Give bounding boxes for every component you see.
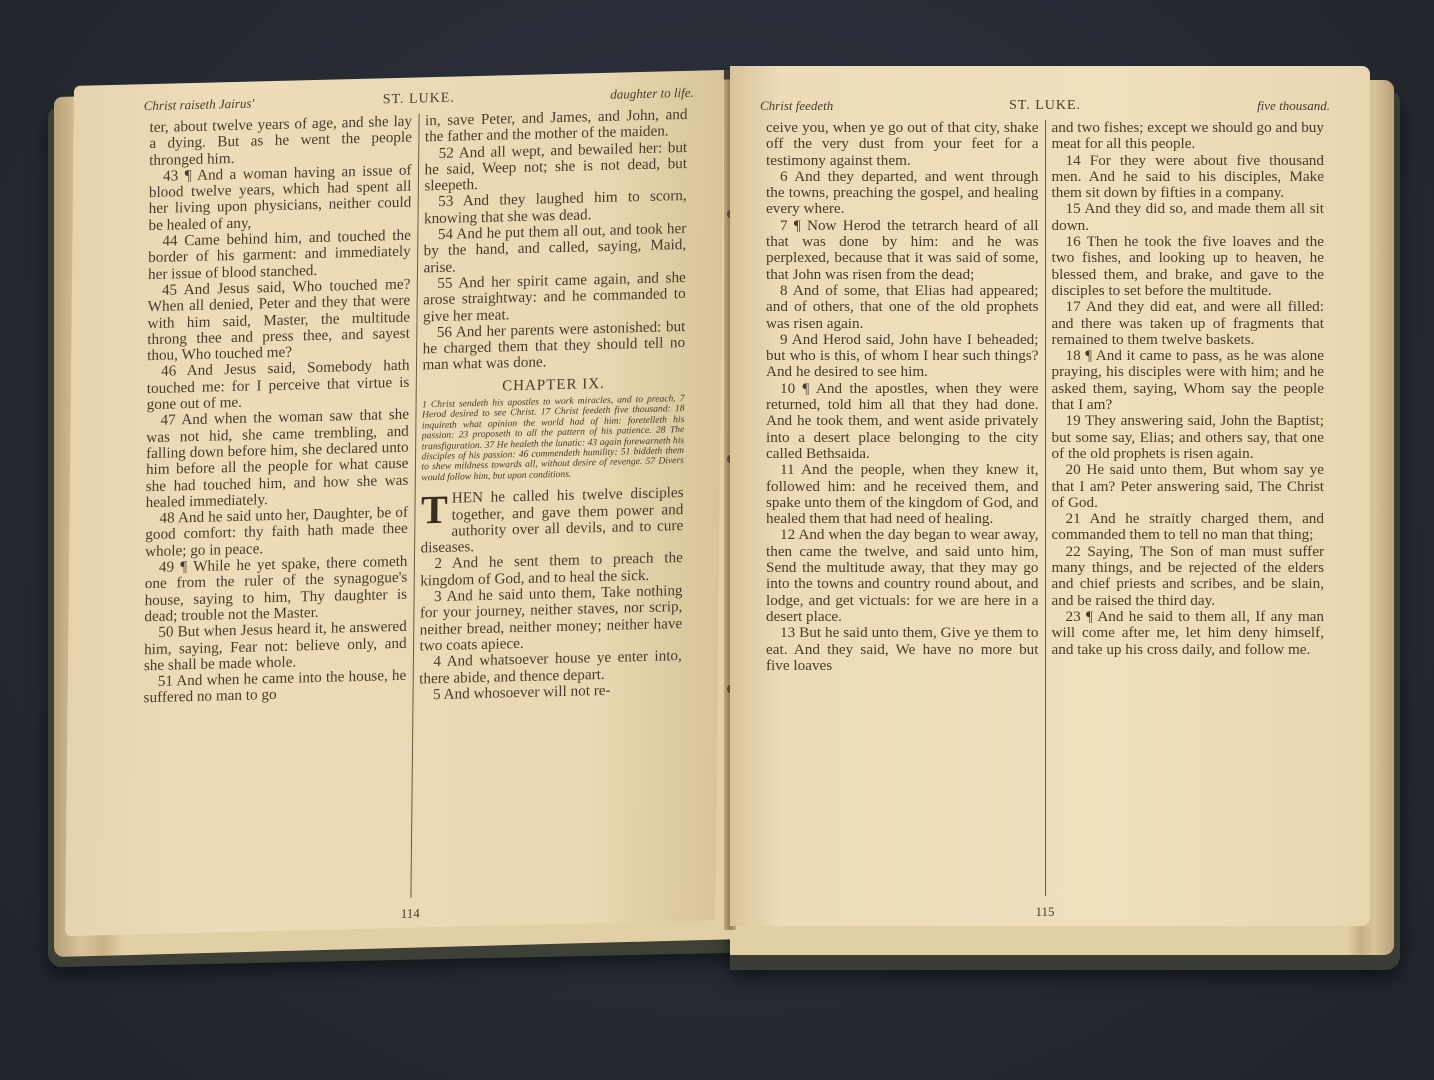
running-head-right: daughter to life. bbox=[610, 85, 694, 103]
verse: 47 And when the woman saw that she was n… bbox=[146, 407, 410, 511]
chapter-opening-verse: THEN he called his twelve disciples toge… bbox=[420, 485, 683, 557]
verse: ceive you, when ye go out of that city, … bbox=[766, 120, 1039, 169]
verse: 21 And he straitly charged them, and com… bbox=[1052, 511, 1325, 544]
verse: 18 ¶ And it came to pass, as he was alon… bbox=[1052, 348, 1325, 413]
verse: 3 And he said unto them, Take nothing fo… bbox=[419, 583, 682, 655]
column-1: ceive you, when ye go out of that city, … bbox=[760, 120, 1045, 896]
drop-cap: T bbox=[421, 493, 448, 528]
verse: 46 And Jesus said, Somebody hath touched… bbox=[147, 358, 410, 413]
running-head-right-page: Christ feedeth ST. LUKE. five thousand. bbox=[760, 98, 1330, 118]
running-head-left: Christ feedeth bbox=[760, 98, 833, 114]
verse: 43 ¶ And a woman having an issue of bloo… bbox=[148, 163, 411, 235]
verse: 22 Saying, The Son of man must suffer ma… bbox=[1052, 544, 1325, 609]
verse: 54 And he put them all out, and took her… bbox=[423, 221, 686, 276]
verse: 19 They answering said, John the Baptist… bbox=[1052, 413, 1325, 462]
running-head-book: ST. LUKE. bbox=[383, 91, 455, 109]
verse: 50 But when Jesus heard it, he answered … bbox=[144, 619, 407, 674]
verse: 11 And the people, when they knew it, fo… bbox=[766, 462, 1039, 527]
running-head-left: Christ raiseth Jairus' bbox=[144, 95, 255, 114]
verse: and two fishes; except we should go and … bbox=[1052, 120, 1325, 153]
verse: 44 Came behind him, and touched the bord… bbox=[148, 228, 411, 283]
verse: 23 ¶ And he said to them all, If any man… bbox=[1052, 609, 1325, 658]
verse: 17 And they did eat, and were all filled… bbox=[1052, 299, 1325, 348]
verse: 6 And they departed, and went through th… bbox=[766, 169, 1039, 218]
verse: 10 ¶ And the apostles, when they were re… bbox=[766, 381, 1039, 462]
page-number: 115 bbox=[760, 904, 1330, 920]
left-page: Christ raiseth Jairus' ST. LUKE. daughte… bbox=[65, 70, 724, 936]
verse: 13 But he said unto them, Give ye them t… bbox=[766, 625, 1039, 674]
verse: 14 For they were about five thousand men… bbox=[1052, 153, 1325, 202]
verse: 55 And her spirit came again, and she ar… bbox=[423, 270, 686, 325]
column-1: ter, about twelve years of age, and she … bbox=[135, 113, 418, 904]
text-columns: ter, about twelve years of age, and she … bbox=[135, 107, 693, 905]
verse: 49 ¶ While he yet spake, there cometh on… bbox=[144, 554, 407, 626]
verse: 48 And he said unto her, Daughter, be of… bbox=[145, 505, 408, 560]
open-book: Christ raiseth Jairus' ST. LUKE. daughte… bbox=[40, 60, 1410, 980]
verse: 15 And they did so, and made them all si… bbox=[1052, 201, 1325, 234]
verse: 12 And when the day began to wear away, … bbox=[766, 527, 1039, 625]
running-head-right: five thousand. bbox=[1257, 98, 1330, 114]
verse: 56 And her parents were astonished: but … bbox=[422, 319, 685, 374]
verse: 52 And all wept, and bewailed her: but h… bbox=[424, 139, 687, 194]
verse: 16 Then he took the five loaves and the … bbox=[1052, 234, 1325, 299]
verse: 51 And when he came into the house, he s… bbox=[144, 668, 407, 707]
right-page: Christ feedeth ST. LUKE. five thousand. … bbox=[730, 66, 1370, 926]
text-columns: ceive you, when ye go out of that city, … bbox=[760, 120, 1330, 896]
verse: 20 He said unto them, But whom say ye th… bbox=[1052, 462, 1325, 511]
column-2: in, save Peter, and James, and John, and… bbox=[410, 107, 694, 898]
verse: 7 ¶ Now Herod the tetrarch heard of all … bbox=[766, 218, 1039, 283]
running-head-book: ST. LUKE. bbox=[1009, 98, 1081, 114]
column-2: and two fishes; except we should go and … bbox=[1045, 120, 1331, 896]
verse: 9 And Herod said, John have I beheaded; … bbox=[766, 332, 1039, 381]
chapter-summary: 1 Christ sendeth his apostles to work mi… bbox=[421, 394, 684, 484]
verse: 8 And of some, that Elias had appeared; … bbox=[766, 283, 1039, 332]
verse: ter, about twelve years of age, and she … bbox=[149, 114, 412, 169]
verse: 45 And Jesus said, Who touched me? When … bbox=[147, 277, 410, 365]
